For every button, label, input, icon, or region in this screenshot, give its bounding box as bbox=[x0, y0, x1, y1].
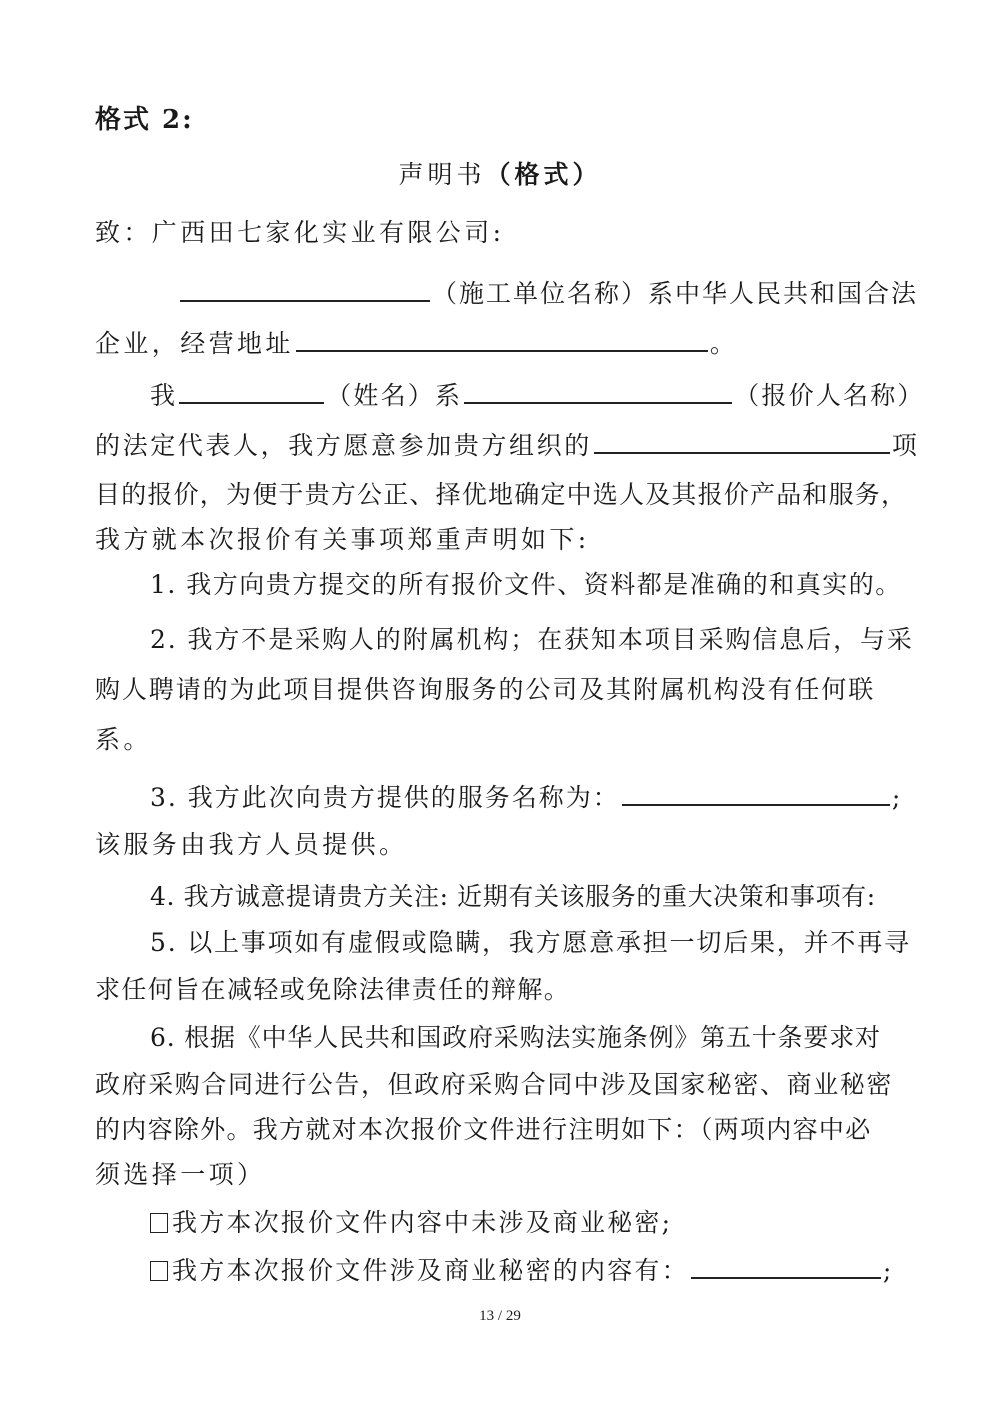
item-3-line1: 3. 我方此次向贵方提供的服务名称为：; bbox=[150, 782, 902, 813]
item-1: 1. 我方向贵方提交的所有报价文件、资料都是准确的和真实的。 bbox=[150, 570, 902, 600]
trade-secret-content-blank[interactable] bbox=[691, 1255, 881, 1279]
item-2-line1: 2. 我方不是采购人的附属机构；在获知本项目采购信息后，与采 bbox=[150, 625, 914, 655]
title-paren: （格式） bbox=[486, 160, 602, 189]
checkbox-icon[interactable] bbox=[150, 1213, 168, 1233]
format-label: 格式 2: bbox=[95, 105, 194, 135]
para2-line1: 我（姓名）系（报价人名称） bbox=[150, 380, 925, 411]
para1-line1: （施工单位名称）系中华人民共和国合法 bbox=[178, 278, 918, 309]
item-2-line3: 系。 bbox=[95, 725, 152, 755]
project-name-blank[interactable] bbox=[594, 430, 890, 454]
address-blank[interactable] bbox=[296, 328, 708, 352]
bidder-name-blank[interactable] bbox=[464, 380, 732, 404]
representative-name-blank[interactable] bbox=[179, 380, 324, 404]
item-6-line2: 政府采购合同进行公告，但政府采购合同中涉及国家秘密、商业秘密 bbox=[95, 1070, 893, 1100]
checkbox-icon[interactable] bbox=[150, 1261, 168, 1281]
title-main: 声明书 bbox=[398, 160, 485, 189]
para2-line2: 的法定代表人，我方愿意参加贵方组织的项 bbox=[95, 430, 919, 461]
addressee: 致：广西田七家化实业有限公司: bbox=[95, 218, 504, 248]
option-no-trade-secret[interactable]: 我方本次报价文件内容中未涉及商业秘密; bbox=[150, 1208, 672, 1238]
item-6-line1: 6. 根据《中华人民共和国政府采购法实施条例》第五十条要求对 bbox=[150, 1023, 881, 1053]
option-has-trade-secret[interactable]: 我方本次报价文件涉及商业秘密的内容有：; bbox=[150, 1255, 893, 1286]
document-title: 声明书（格式） bbox=[0, 160, 1000, 190]
item-2-line2: 购人聘请的为此项目提供咨询服务的公司及其附属机构没有任何联 bbox=[95, 675, 875, 705]
item-5-line1: 5. 以上事项如有虚假或隐瞒，我方愿意承担一切后果，并不再寻 bbox=[150, 928, 911, 958]
company-name-blank[interactable] bbox=[180, 278, 430, 302]
item-4: 4. 我方诚意提请贵方关注: 近期有关该服务的重大决策和事项有: bbox=[150, 882, 876, 912]
item-3-line2: 该服务由我方人员提供。 bbox=[95, 830, 407, 860]
para1-line2: 企业，经营地址。 bbox=[95, 328, 738, 359]
para2-line3: 目的报价，为便于贵方公正、择优地确定中选人及其报价产品和服务， bbox=[95, 480, 907, 510]
item-6-line3: 的内容除外。我方就对本次报价文件进行注明如下：（两项内容中必 bbox=[95, 1115, 872, 1145]
service-name-blank[interactable] bbox=[622, 782, 890, 806]
page-number: 13 / 29 bbox=[0, 1308, 1000, 1325]
item-6-line4: 须选择一项） bbox=[95, 1160, 265, 1190]
item-5-line2: 求任何旨在减轻或免除法律责任的辩解。 bbox=[95, 975, 570, 1005]
para2-line4: 我方就本次报价有关事项郑重声明如下: bbox=[95, 525, 590, 555]
